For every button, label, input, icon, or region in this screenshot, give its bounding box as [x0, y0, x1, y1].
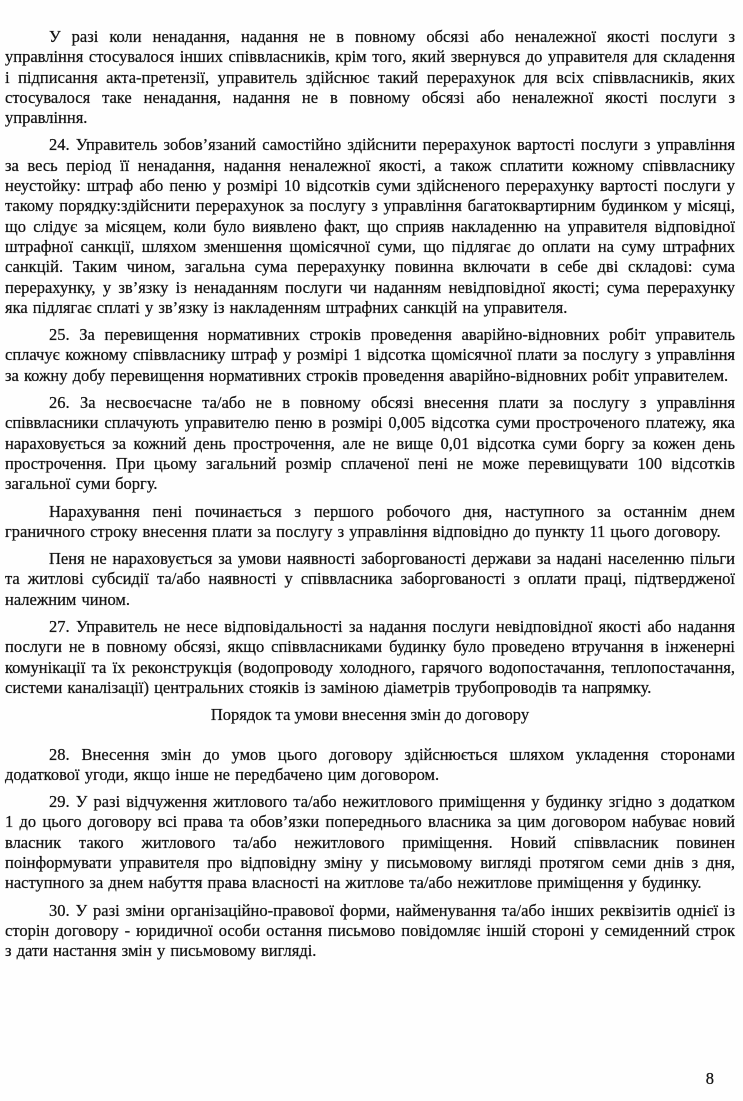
paragraph-30: 30. У разі зміни організаційно-правової …: [5, 901, 735, 962]
section-heading-amendments: Порядок та умови внесення змін до догово…: [5, 705, 735, 725]
paragraph-28: 28. Внесення змін до умов цього договору…: [5, 745, 735, 786]
paragraph-penalty-exemption: Пеня не нараховується за умови наявності…: [5, 549, 735, 610]
paragraph-29: 29. У разі відчуження житлового та/або н…: [5, 792, 735, 893]
paragraph-recalc-other-coowners: У разі коли ненадання, надання не в повн…: [5, 27, 735, 128]
page-number: 8: [706, 1069, 714, 1089]
paragraph-penalty-accrual: Нарахування пені починається з першого р…: [5, 502, 735, 543]
paragraph-24: 24. Управитель зобов’язаний самостійно з…: [5, 135, 735, 318]
document-page: У разі коли ненадання, надання не в повн…: [0, 0, 743, 1101]
paragraph-27: 27. Управитель не несе відповідальності …: [5, 617, 735, 698]
paragraph-26: 26. За несвоєчасне та/або не в повному о…: [5, 393, 735, 494]
paragraph-25: 25. За перевищення нормативних строків п…: [5, 325, 735, 386]
